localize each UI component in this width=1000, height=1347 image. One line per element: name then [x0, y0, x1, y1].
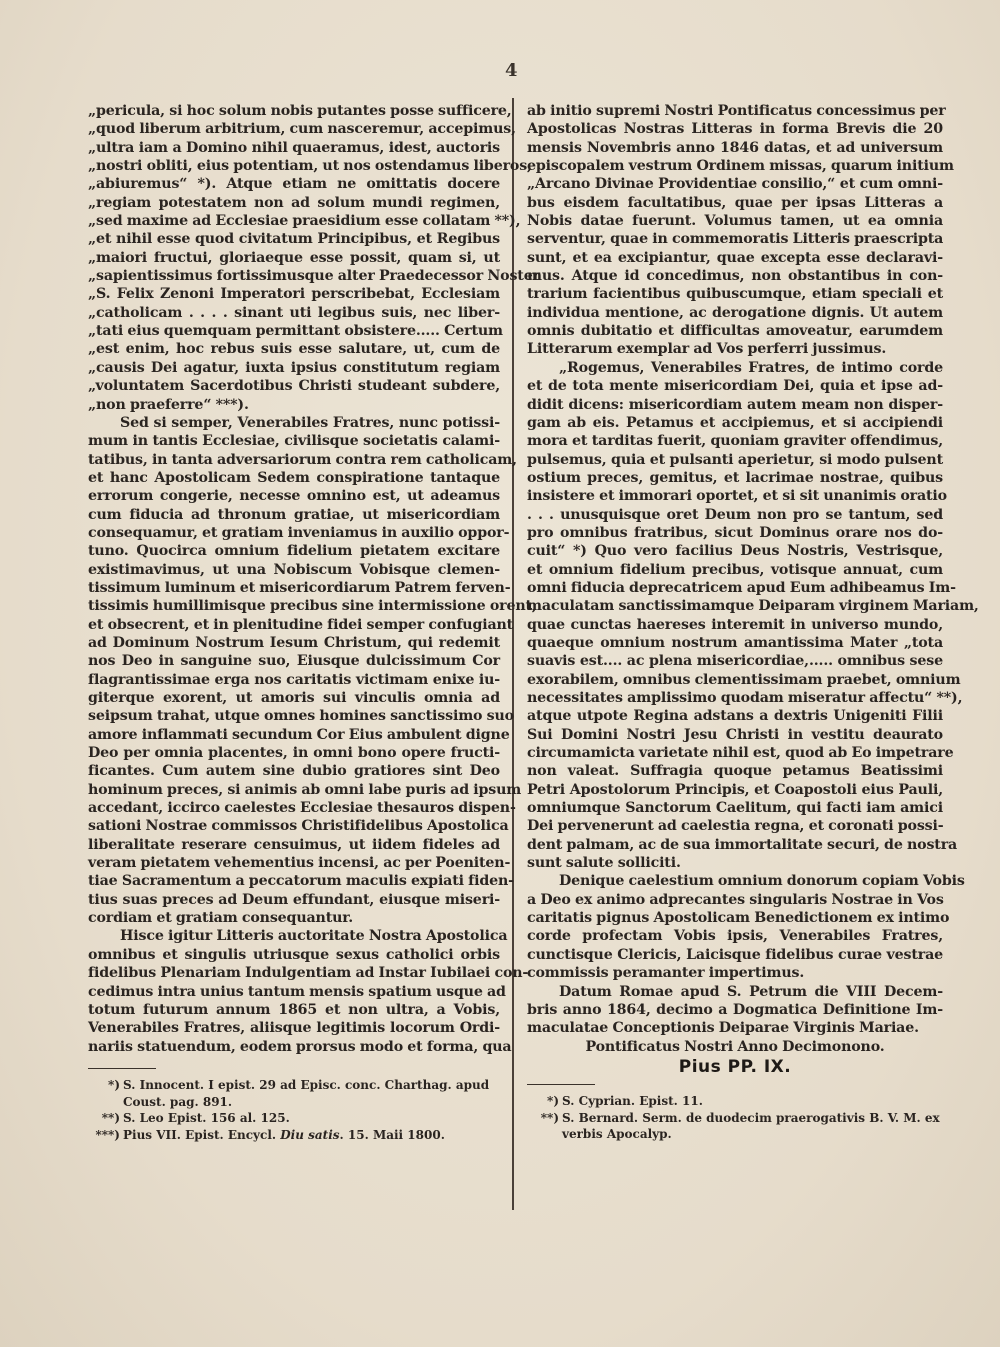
text-line: suavis est.... ac plena misericordiae,..…: [527, 652, 943, 670]
text-line: quaeque omnium nostrum amantissima Mater…: [527, 634, 943, 652]
text-line: „causis Dei agatur, iuxta ipsius constit…: [88, 359, 500, 377]
text-line: „voluntatem Sacerdotibus Christi studean…: [88, 377, 500, 395]
text-line: et obsecrent, et in plenitudine fidei se…: [88, 616, 500, 634]
text-line: bus eisdem facultatibus, quae per ipsas …: [527, 194, 943, 212]
text-line: sationi Nostrae commissos Christifidelib…: [88, 817, 500, 835]
text-line: mensis Novembris anno 1846 datas, et ad …: [527, 139, 943, 157]
text-line: omniumque Sanctorum Caelitum, qui facti …: [527, 799, 943, 817]
footnote-text: S. Innocent. I epist. 29 ad Episc. conc.…: [123, 1078, 489, 1092]
column-divider: [512, 98, 514, 1210]
text-line: a Deo ex animo adprecantes singularis No…: [527, 891, 943, 909]
text-line: tuno. Quocirca omnium fidelium pietatem …: [88, 542, 500, 560]
signature: Pius PP. IX.: [527, 1056, 943, 1078]
text-line: commissis peramanter impertimus.: [527, 964, 943, 982]
text-line: atque utpote Regina adstans a dextris Un…: [527, 707, 943, 725]
text-line: „Arcano Divinae Providentiae consilio,“ …: [527, 175, 943, 193]
footnote-italic-title: Diu satis: [280, 1128, 339, 1142]
text-line: „Rogemus, Venerabiles Fratres, de intimo…: [527, 359, 943, 377]
text-line: Petri Apostolorum Principis, et Coaposto…: [527, 781, 943, 799]
text-line: „abiuremus“ *). Atque etiam ne omittatis…: [88, 175, 500, 193]
text-line: tissimum luminum et misericordiarum Patr…: [88, 579, 500, 597]
text-line: cum fiducia ad thronum gratiae, ut miser…: [88, 506, 500, 524]
text-line: „non praeferre“ ***).: [88, 396, 500, 414]
footnote-rule: [527, 1084, 595, 1086]
text-line: nariis statuendum, eodem prorsus modo et…: [88, 1038, 500, 1056]
text-line: tius suas preces ad Deum effundant, eius…: [88, 891, 500, 909]
text-line: nos Deo in sanguine suo, Eiusque dulciss…: [88, 652, 500, 670]
text-line: sunt, et ea excipiantur, quae excepta es…: [527, 249, 943, 267]
text-line: „pericula, si hoc solum nobis putantes p…: [88, 102, 500, 120]
text-line: cunctisque Clericis, Laicisque fidelibus…: [527, 946, 943, 964]
text-line: omnis dubitatio et difficultas amoveatur…: [527, 322, 943, 340]
text-line: Nobis datae fuerunt. Volumus tamen, ut e…: [527, 212, 943, 230]
footnote: **)S. Bernard. Serm. de duodecim praerog…: [527, 1110, 943, 1127]
text-line: et omnium fidelium precibus, votisque an…: [527, 561, 943, 579]
footnote-mark: ***): [88, 1127, 120, 1144]
text-line: necessitates amplissimo quodam miseratur…: [527, 689, 943, 707]
footnote-rule: [88, 1068, 156, 1070]
text-line: Hisce igitur Litteris auctoritate Nostra…: [88, 927, 500, 945]
right-body-text: ab initio supremi Nostri Pontificatus co…: [527, 102, 943, 1056]
left-body-text: „pericula, si hoc solum nobis putantes p…: [88, 102, 500, 1056]
text-line: accedant, iccirco caelestes Ecclesiae th…: [88, 799, 500, 817]
text-line: seipsum trahat, utque omnes homines sanc…: [88, 707, 500, 725]
text-line: fidelibus Plenariam Indulgentiam ad Inst…: [88, 964, 500, 982]
text-line: flagrantissimae erga nos caritatis victi…: [88, 671, 500, 689]
text-line: quae cunctas haereses interemit in unive…: [527, 616, 943, 634]
text-line: circumamicta varietate nihil est, quod a…: [527, 744, 943, 762]
text-line: pro omnibus fratribus, sicut Dominus ora…: [527, 524, 943, 542]
text-line: gam ab eis. Petamus et accipiemus, et si…: [527, 414, 943, 432]
text-line: totum futurum annum 1865 et non ultra, a…: [88, 1001, 500, 1019]
text-line: amore inflammati secundum Cor Eius ambul…: [88, 726, 500, 744]
text-line: Pontificatus Nostri Anno Decimonono.: [527, 1038, 943, 1056]
footnote-text: Pius VII. Epist. Encycl.: [123, 1128, 276, 1142]
text-line: Denique caelestium omnium donorum copiam…: [527, 872, 943, 890]
footnote: ***)Pius VII. Epist. Encycl. Diu satis. …: [88, 1127, 500, 1144]
text-line: ad Dominum Nostrum Iesum Christum, qui r…: [88, 634, 500, 652]
footnote-text: S. Leo Epist. 156 al. 125.: [123, 1111, 290, 1125]
text-line: liberalitate reserare censuimus, ut iide…: [88, 836, 500, 854]
text-line: mora et tarditas fuerit, quoniam gravite…: [527, 432, 943, 450]
text-line: exorabilem, omnibus clementissimam praeb…: [527, 671, 943, 689]
text-line: omnibus et singulis utriusque sexus cath…: [88, 946, 500, 964]
text-line: giterque exorent, ut amoris sui vinculis…: [88, 689, 500, 707]
text-line: mus. Atque id concedimus, non obstantibu…: [527, 267, 943, 285]
text-line: dent palmam, ac de sua immortalitate sec…: [527, 836, 943, 854]
text-line: caritatis pignus Apostolicam Benediction…: [527, 909, 943, 927]
text-line: individua mentione, ac derogatione digni…: [527, 304, 943, 322]
text-line: et de tota mente misericordiam Dei, quia…: [527, 377, 943, 395]
text-line: mum in tantis Ecclesiae, civilisque soci…: [88, 432, 500, 450]
text-line: „nostri obliti, eius potentiam, ut nos o…: [88, 157, 500, 175]
text-line: „S. Felix Zenoni Imperatori perscribebat…: [88, 285, 500, 303]
text-line: „ultra iam a Domino nihil quaeramus, ide…: [88, 139, 500, 157]
footnote: **)S. Leo Epist. 156 al. 125.: [88, 1110, 500, 1127]
text-line: sunt salute solliciti.: [527, 854, 943, 872]
page-number: 4: [505, 60, 518, 81]
text-line: tissimis humillimisque precibus sine int…: [88, 597, 500, 615]
footnote-continuation: verbis Apocalyp.: [527, 1126, 943, 1143]
text-line: pulsemus, quia et pulsanti aperietur, si…: [527, 451, 943, 469]
left-footnotes: *)S. Innocent. I epist. 29 ad Episc. con…: [88, 1077, 500, 1143]
text-line: errorum congerie, necesse omnino est, ut…: [88, 487, 500, 505]
text-line: Litterarum exemplar ad Vos perferri juss…: [527, 340, 943, 358]
text-line: trarium facientibus quibuscumque, etiam …: [527, 285, 943, 303]
text-line: Apostolicas Nostras Litteras in forma Br…: [527, 120, 943, 138]
text-line: maculatam sanctissimamque Deiparam virgi…: [527, 597, 943, 615]
text-line: corde profectam Vobis ipsis, Venerabiles…: [527, 927, 943, 945]
text-line: „catholicam . . . . sinant uti legibus s…: [88, 304, 500, 322]
footnote-mark: **): [88, 1110, 120, 1127]
text-line: Datum Romae apud S. Petrum die VIII Dece…: [527, 983, 943, 1001]
text-line: cordiam et gratiam consequantur.: [88, 909, 500, 927]
footnote-text: S. Cyprian. Epist. 11.: [562, 1094, 703, 1108]
text-line: non valeat. Suffragia quoque petamus Bea…: [527, 762, 943, 780]
text-line: ab initio supremi Nostri Pontificatus co…: [527, 102, 943, 120]
text-line: insistere et immorari oportet, et si sit…: [527, 487, 943, 505]
text-line: cuit“ *) Quo vero facilius Deus Nostris,…: [527, 542, 943, 560]
footnote: *)S. Cyprian. Epist. 11.: [527, 1093, 943, 1110]
text-line: hominum preces, si animis ab omni labe p…: [88, 781, 500, 799]
text-line: „quod liberum arbitrium, cum nasceremur,…: [88, 120, 500, 138]
text-line: „regiam potestatem non ad solum mundi re…: [88, 194, 500, 212]
text-line: episcopalem vestrum Ordinem missas, quar…: [527, 157, 943, 175]
right-footnotes: *)S. Cyprian. Epist. 11.**)S. Bernard. S…: [527, 1093, 943, 1143]
left-column: „pericula, si hoc solum nobis putantes p…: [88, 102, 500, 1143]
footnote: *)S. Innocent. I epist. 29 ad Episc. con…: [88, 1077, 500, 1094]
text-line: Sed si semper, Venerabiles Fratres, nunc…: [88, 414, 500, 432]
text-line: ficantes. Cum autem sine dubio gratiores…: [88, 762, 500, 780]
footnote-mark: *): [88, 1077, 120, 1094]
text-line: tatibus, in tanta adversariorum contra r…: [88, 451, 500, 469]
footnote-mark: *): [527, 1093, 559, 1110]
footnote-text-after: . 15. Maii 1800.: [340, 1128, 445, 1142]
text-line: consequamur, et gratiam inveniamus in au…: [88, 524, 500, 542]
text-line: bris anno 1864, decimo a Dogmatica Defin…: [527, 1001, 943, 1019]
text-line: serventur, quae in commemoratis Litteris…: [527, 230, 943, 248]
text-line: Dei pervenerunt ad caelestia regna, et c…: [527, 817, 943, 835]
right-column: ab initio supremi Nostri Pontificatus co…: [527, 102, 943, 1143]
text-line: didit dicens: misericordiam autem meam n…: [527, 396, 943, 414]
footnote-text: S. Bernard. Serm. de duodecim praerogati…: [562, 1111, 940, 1125]
text-line: „maiori fructui, gloriaeque esse possit,…: [88, 249, 500, 267]
text-line: „sed maxime ad Ecclesiae praesidium esse…: [88, 212, 500, 230]
text-line: Sui Domini Nostri Jesu Christi in vestit…: [527, 726, 943, 744]
text-line: cedimus intra unius tantum mensis spatiu…: [88, 983, 500, 1001]
text-line: veram pietatem vehementius incensi, ac p…: [88, 854, 500, 872]
text-line: „sapientissimus fortissimusque alter Pra…: [88, 267, 500, 285]
text-line: . . . unusquisque oret Deum non pro se t…: [527, 506, 943, 524]
footnote-mark: **): [527, 1110, 559, 1127]
text-line: omni fiducia deprecatricem apud Eum adhi…: [527, 579, 943, 597]
text-line: Deo per omnia placentes, in omni bono op…: [88, 744, 500, 762]
text-line: Venerabiles Fratres, aliisque legitimis …: [88, 1019, 500, 1037]
footnote-continuation: Coust. pag. 891.: [88, 1094, 500, 1111]
text-line: existimavimus, ut una Nobiscum Vobisque …: [88, 561, 500, 579]
text-line: „est enim, hoc rebus suis esse salutare,…: [88, 340, 500, 358]
text-line: ostium preces, gemitus, et lacrimae nost…: [527, 469, 943, 487]
text-line: maculatae Conceptionis Deiparae Virginis…: [527, 1019, 943, 1037]
text-line: tiae Sacramentum a peccatorum maculis ex…: [88, 872, 500, 890]
text-line: „et nihil esse quod civitatum Principibu…: [88, 230, 500, 248]
text-line: „tati eius quemquam permittant obsistere…: [88, 322, 500, 340]
text-line: et hanc Apostolicam Sedem conspiratione …: [88, 469, 500, 487]
